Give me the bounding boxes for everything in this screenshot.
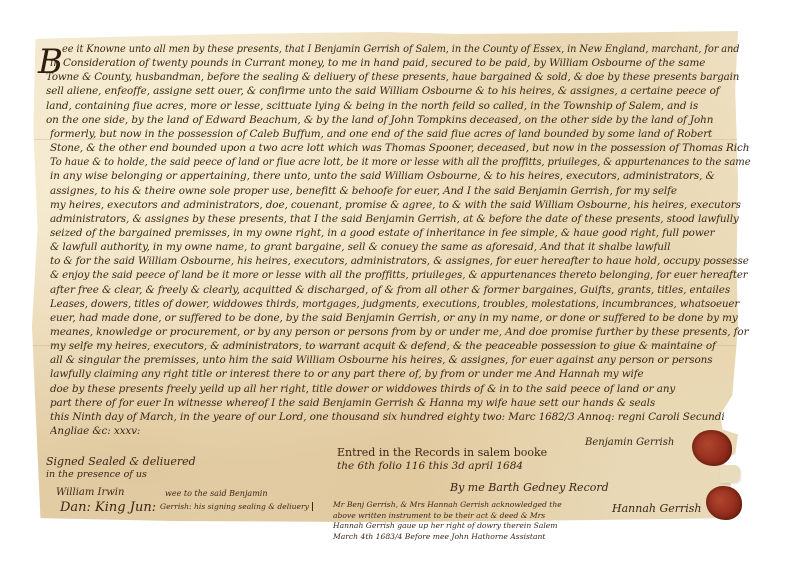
deed-text-line: administrators, & assignes by these pres… bbox=[50, 213, 752, 226]
deed-text-line: sell aliene, enfeoffe, assigne sett ouer… bbox=[46, 85, 752, 98]
signature-hannah-gerrish: Hannah Gerrish bbox=[612, 502, 702, 515]
deed-text-line: euer, had made done, or suffered to be d… bbox=[50, 312, 752, 325]
deed-text-line: ee it Knowne unto all men by these prese… bbox=[62, 43, 752, 56]
acknowledgement-line: March 4th 1683/4 Before mee John Hathorn… bbox=[333, 532, 545, 541]
deed-text-line: Angliae &c: xxxv: bbox=[50, 425, 200, 438]
deed-text-line: doe by these presents freely yeild up al… bbox=[50, 383, 752, 396]
acknowledgement-line: above written instrument to be their act… bbox=[333, 511, 545, 520]
deed-text-line: Stone, & the other end bounded upon a tw… bbox=[50, 142, 752, 155]
witness-note-2: Gerrish: his signing sealing & deliuery bbox=[160, 502, 313, 511]
deed-text-line: seized of the bargained premisses, in my… bbox=[50, 227, 752, 240]
signature-benjamin-gerrish: Benjamin Gerrish bbox=[585, 437, 674, 448]
witness-heading: Signed Sealed & deliuered bbox=[46, 455, 196, 468]
wax-seal-hannah bbox=[706, 486, 742, 520]
record-entry-line1: Entred in the Records in salem booke bbox=[337, 446, 547, 459]
deed-text-line: part there of for euer In witnesse where… bbox=[50, 397, 752, 410]
witness-heading-2: in the presence of us bbox=[46, 469, 147, 480]
deed-text-line: this Ninth day of March, in the yeare of… bbox=[50, 411, 752, 424]
seal-tab-1 bbox=[720, 465, 740, 483]
deed-text-line: assignes, to his & theire owne sole prop… bbox=[50, 185, 752, 198]
acknowledgement-line: Hannah Gerrish gaue up her right of dowr… bbox=[333, 521, 557, 530]
deed-text-line: after free & clear, & freely & clearly, … bbox=[50, 284, 752, 297]
deed-text-line: meanes, knowledge or procurement, or by … bbox=[50, 326, 752, 339]
deed-text-line: in Consideration of twenty pounds in Cur… bbox=[50, 57, 752, 70]
witness-note: wee to the said Benjamin bbox=[165, 489, 268, 498]
deed-text-line: to & for the said William Osbourne, his … bbox=[50, 255, 752, 268]
deed-text-line: on the one side, by the land of Edward B… bbox=[46, 114, 752, 127]
record-entry-line2: the 6th folio 116 this 3d april 1684 bbox=[337, 460, 523, 472]
wax-seal-benjamin bbox=[692, 430, 732, 466]
deed-text-line: all & singular the premisses, unto him t… bbox=[50, 354, 752, 367]
deed-text-line: Towne & County, husbandman, before the s… bbox=[46, 71, 752, 84]
witness-1-signature: William Irwin bbox=[56, 487, 124, 498]
deed-text-line: lawfully claiming any right title or int… bbox=[50, 368, 752, 381]
deed-text-line: my heires, executors and administrators,… bbox=[50, 199, 752, 212]
deed-text-line: my selfe my heires, executors, & adminis… bbox=[50, 340, 752, 353]
acknowledgement-line: Mr Benj Gerrish, & Mrs Hannah Gerrish ac… bbox=[333, 500, 562, 509]
deed-text-line: To haue & to holde, the said peece of la… bbox=[50, 156, 752, 169]
record-entry-line3: By me Barth Gedney Record bbox=[450, 481, 609, 494]
witness-2-signature: Dan: King Jun: bbox=[60, 500, 156, 515]
deed-text-line: in any wise belonging or appertaining, t… bbox=[50, 170, 752, 183]
deed-text-line: land, containing fiue acres, more or les… bbox=[46, 100, 752, 113]
deed-text-line: Leases, dowers, titles of dower, widdowe… bbox=[50, 298, 752, 311]
deed-text-line: & lawfull authority, in my owne name, to… bbox=[50, 241, 752, 254]
deed-text-line: formerly, but now in the possession of C… bbox=[50, 128, 752, 141]
deed-text-line: & enjoy the said peece of land be it mor… bbox=[50, 269, 752, 282]
